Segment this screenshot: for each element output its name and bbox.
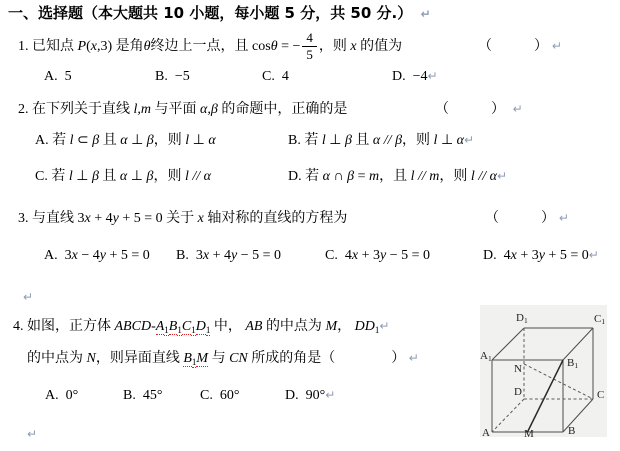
paragraph-mark: ↵ <box>27 427 37 441</box>
text-run: 中， <box>210 319 245 334</box>
text-run: P <box>78 39 87 54</box>
text-run: D. 若 <box>288 169 323 184</box>
question-1-option-d: D. −4↵ <box>392 68 438 85</box>
text-run: ⊥ <box>73 169 92 184</box>
text-run: β <box>147 133 154 148</box>
question-1-text: 1. 已知点 P(x,3) 是角θ终边上一点，且 cosθ = − <box>18 38 300 55</box>
text-run: ，则异面直线 <box>96 351 184 366</box>
text-run: D. 90° <box>285 388 325 403</box>
text-run: β <box>395 133 402 148</box>
text-run: ,3) <box>97 39 112 54</box>
text-run: ∩ <box>330 169 347 184</box>
paragraph-mark: ↵ <box>505 102 523 116</box>
question-2-option-d: D. 若 α ∩ β = m，且 l // m，则 l // α↵ <box>288 168 507 185</box>
question-3-option-b: B. 3x + 4y − 5 = 0 <box>176 247 281 264</box>
question-1-option-b: B. −5 <box>155 68 190 85</box>
text-run: A. <box>44 248 65 263</box>
text-run: 关于 <box>166 211 198 226</box>
text-run: A. 若 <box>35 133 70 148</box>
text-run: DD <box>355 319 375 334</box>
paragraph-mark: ↵ <box>409 351 419 365</box>
text-run: − 5 = 0 <box>386 248 430 263</box>
text-run: 所成的角是（ ） <box>248 351 409 366</box>
text-run: 3 <box>196 248 203 263</box>
question-4-option-d: D. 90°↵ <box>285 387 335 404</box>
text-run: // <box>189 169 204 184</box>
vertex-label: C <box>597 389 604 401</box>
text-run: cos <box>252 39 271 54</box>
paragraph-mark: ↵ <box>325 388 335 402</box>
text-run: B. <box>176 248 196 263</box>
question-1-stem: 1. 已知点 P(x,3) 是角θ终边上一点，且 cosθ = −45，则 x … <box>18 29 402 63</box>
text-run: （ ） <box>478 39 548 54</box>
text-run: β <box>345 133 352 148</box>
text-run: m <box>369 169 379 184</box>
text-run: + 4 <box>209 248 231 263</box>
cube-figure: D1C1A1B1NDCABM <box>480 305 607 437</box>
text-run: C <box>182 319 191 335</box>
vertex-label: A <box>482 427 490 437</box>
vertex-label: B <box>568 425 575 437</box>
text-run: + 3 <box>517 248 539 263</box>
text-run: ，则 <box>402 133 434 148</box>
text-run: ⊥ <box>326 133 345 148</box>
fraction-denominator: 5 <box>306 47 313 62</box>
text-run: 的命题中，正确的是 <box>218 102 348 117</box>
fraction: 45 <box>302 31 317 61</box>
question-4-option-a: A. 0° <box>45 387 78 404</box>
text-run: C. 4 <box>262 69 289 84</box>
question-4-option-b: B. 45° <box>123 387 162 404</box>
text-run: ABCD <box>115 319 152 334</box>
text-run: A. 5 <box>44 69 72 84</box>
text-run: C. 若 <box>35 169 69 184</box>
text-run: 且 <box>352 133 373 148</box>
question-2-stem: 2. 在下列关于直线 l,m 与平面 α,β 的命题中，正确的是 <box>18 101 347 118</box>
text-run: 3 <box>78 211 85 226</box>
text-run: （ ） <box>435 102 505 117</box>
vertex-label: D <box>514 386 522 398</box>
empty-paragraph-mark: ↵ <box>27 426 37 443</box>
text-run: 的中点为 <box>262 319 325 334</box>
text-run: + 5 = 0 <box>545 248 589 263</box>
text-run: // <box>415 169 430 184</box>
vertex-label: M <box>524 428 534 437</box>
text-run: 与 <box>208 351 229 366</box>
text-run: B. −5 <box>155 69 190 84</box>
text-run: − 5 = 0 <box>237 248 281 263</box>
text-run: ，则 <box>153 169 185 184</box>
question-1-text-after: ，则 x 的值为 <box>319 38 402 55</box>
question-4-option-c: C. 60° <box>200 387 239 404</box>
text-run: 3 <box>65 248 72 263</box>
text-run: 的值为 <box>357 39 403 54</box>
text-run: D. <box>483 248 504 263</box>
question-4-stem-line2: 的中点为 N，则异面直线 B1M 与 CN 所成的角是（ ） ↵ <box>27 350 419 371</box>
text-run: ⊂ <box>74 133 93 148</box>
cube-diagram: D1C1A1B1NDCABM <box>480 305 607 437</box>
text-run: B <box>183 351 192 367</box>
question-4-stem-line1: 4. 如图，正方体 ABCD-A1B1C1D1 中， AB 的中点为 M， DD… <box>13 318 389 339</box>
text-run: θ <box>144 39 151 54</box>
question-3-answer-parens: （ ） ↵ <box>485 210 569 227</box>
question-2-option-b: B. 若 l ⊥ β 且 α // β，则 l ⊥ α↵ <box>288 132 474 149</box>
text-run: ⊥ <box>437 133 456 148</box>
question-3-option-c: C. 4x + 3y − 5 = 0 <box>325 247 430 264</box>
text-run: D <box>196 319 206 335</box>
text-run: 轴对称的直线的方程为 <box>204 211 348 226</box>
text-run: α <box>204 169 211 184</box>
text-run: α <box>120 133 127 148</box>
text-run: B. 45° <box>123 388 162 403</box>
text-run: 终边上一点，且 <box>151 39 253 54</box>
text-run: + 5 = 0 <box>106 248 150 263</box>
text-run: ，且 <box>379 169 411 184</box>
text-run: 与平面 <box>151 102 200 117</box>
paragraph-mark: ↵ <box>428 69 438 83</box>
text-run: // <box>380 133 395 148</box>
text-run: 2. 在下列关于直线 <box>18 102 134 117</box>
text-run: + 4 <box>91 211 113 226</box>
text-run: 4 <box>345 248 352 263</box>
text-run: M <box>196 351 208 367</box>
text-run: （ ） <box>485 211 555 226</box>
question-2-option-c: C. 若 l ⊥ β 且 α ⊥ β，则 l // α <box>35 168 211 185</box>
text-run: α <box>323 169 330 184</box>
vertex-label: N <box>514 363 522 375</box>
paragraph-mark: ↵ <box>464 133 474 147</box>
paragraph-mark: ↵ <box>548 39 562 53</box>
text-run: α <box>457 133 464 148</box>
text-run: m <box>429 169 439 184</box>
text-run: 的中点为 <box>27 351 87 366</box>
text-run: ⊥ <box>127 169 146 184</box>
text-run: // <box>475 169 490 184</box>
paragraph-mark: ↵ <box>589 248 599 262</box>
text-run: ，则 <box>154 133 186 148</box>
text-run: ，则 <box>319 39 351 54</box>
text-run: 3. 与直线 <box>18 211 78 226</box>
text-run: + 3 <box>358 248 380 263</box>
text-run: A <box>156 319 165 335</box>
paragraph-mark: ↵ <box>412 7 430 21</box>
question-2-option-a: A. 若 l ⊂ β 且 α ⊥ β，则 l ⊥ α <box>35 132 216 149</box>
text-run: 4. 如图，正方体 <box>13 319 115 334</box>
text-run: ⊥ <box>189 133 208 148</box>
text-run: C. 60° <box>200 388 239 403</box>
text-run: A. 0° <box>45 388 78 403</box>
text-run: l,m <box>134 102 152 117</box>
text-run: 且 <box>99 169 120 184</box>
text-run: 一、选择题（本大题共 10 小题，每小题 5 分，共 50 分.） <box>8 4 412 22</box>
text-run: + 5 = 0 <box>119 211 166 226</box>
text-run: N <box>87 351 96 366</box>
question-1-answer-parens: （ ） ↵ <box>478 38 562 55</box>
fraction-numerator: 4 <box>302 31 317 47</box>
text-run: ⊥ <box>128 133 147 148</box>
text-run: ， <box>337 319 355 334</box>
text-run: α,β <box>200 102 218 117</box>
document-page: 一、选择题（本大题共 10 小题，每小题 5 分，共 50 分.） ↵ 1. 已… <box>0 0 620 451</box>
text-run: B. 若 <box>288 133 322 148</box>
text-run: = − <box>278 39 301 54</box>
text-run: D. −4 <box>392 69 428 84</box>
text-run: θ <box>271 39 278 54</box>
text-run: 且 <box>99 133 120 148</box>
text-run: β <box>92 169 99 184</box>
paragraph-mark: ↵ <box>497 169 507 183</box>
text-run: CN <box>229 351 248 366</box>
paragraph-mark: ↵ <box>379 319 389 333</box>
text-run: 4 <box>504 248 511 263</box>
empty-paragraph-mark: ↵ <box>23 289 33 306</box>
text-run: α <box>490 169 497 184</box>
text-run: − 4 <box>78 248 100 263</box>
question-1-option-c: C. 4 <box>262 68 289 85</box>
text-run: ，则 <box>439 169 471 184</box>
paragraph-mark: ↵ <box>23 290 33 304</box>
question-3-option-a: A. 3x − 4y + 5 = 0 <box>44 247 150 264</box>
question-3-option-d: D. 4x + 3y + 5 = 0↵ <box>483 247 599 264</box>
text-run: 1. 已知点 <box>18 39 78 54</box>
text-run: C. <box>325 248 345 263</box>
text-run: M <box>325 319 337 334</box>
question-3-stem: 3. 与直线 3x + 4y + 5 = 0 关于 x 轴对称的直线的方程为 <box>18 210 347 227</box>
figure-background <box>480 305 607 437</box>
section-title: 一、选择题（本大题共 10 小题，每小题 5 分，共 50 分.） ↵ <box>8 5 431 23</box>
text-run: 是角 <box>112 39 144 54</box>
paragraph-mark: ↵ <box>555 211 569 225</box>
text-run: = <box>354 169 369 184</box>
text-run: α <box>208 133 215 148</box>
text-run: AB <box>245 319 262 334</box>
question-1-option-a: A. 5 <box>44 68 72 85</box>
question-2-answer-parens: （ ） ↵ <box>435 101 523 118</box>
